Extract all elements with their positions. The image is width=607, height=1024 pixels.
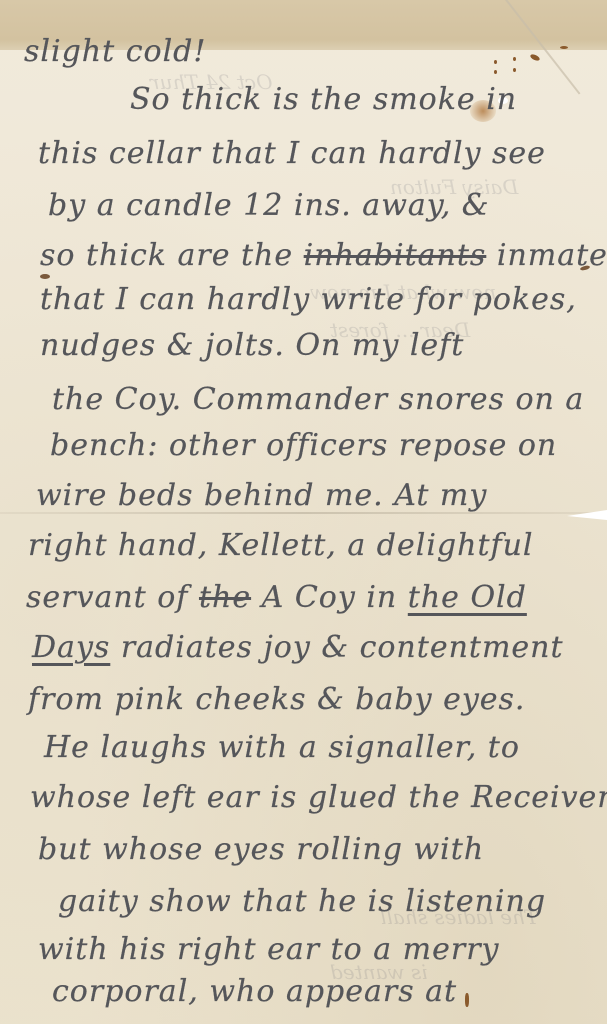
handwritten-line: He laughs with a signaller, to	[44, 730, 520, 765]
ink-speck	[494, 70, 497, 74]
letter-page: Oct 24 Thur Daisy Fulton now what I m no…	[0, 0, 607, 1024]
line-text: inmates	[486, 238, 607, 273]
handwritten-line: so thick are the inhabitants inmates	[40, 238, 607, 273]
ink-speck	[529, 53, 540, 62]
handwritten-line: servant of the A Coy in the Old	[26, 580, 527, 615]
ink-speck	[40, 274, 50, 279]
handwritten-line: this cellar that I can hardly see	[38, 136, 546, 171]
ink-speck	[513, 68, 516, 72]
handwritten-line: So thick is the smoke in	[130, 82, 517, 117]
struck-word: the	[199, 580, 251, 615]
handwritten-line: slight cold!	[24, 34, 206, 69]
underlined-phrase: the Old	[408, 580, 527, 615]
handwritten-line: wire beds behind me. At my	[36, 478, 487, 513]
handwritten-line: nudges & jolts. On my left	[40, 328, 464, 363]
handwritten-line: right hand, Kellett, a delightful	[28, 528, 534, 563]
handwritten-line: that I can hardly write for pokes,	[40, 282, 577, 317]
handwritten-line: corporal, who appears at	[52, 974, 457, 1009]
ink-speck	[560, 46, 568, 49]
handwritten-line: whose left ear is glued the Receiver;	[30, 780, 607, 815]
line-text: servant of	[26, 580, 199, 615]
line-text: so thick are the	[40, 238, 304, 273]
ink-speck	[513, 57, 516, 61]
handwritten-line: bench: other officers repose on	[50, 428, 557, 463]
handwritten-line: but whose eyes rolling with	[38, 832, 484, 867]
line-text: A Coy in	[251, 580, 408, 615]
handwritten-line: from pink cheeks & baby eyes.	[28, 682, 525, 717]
struck-word: inhabitants	[304, 238, 487, 273]
handwritten-line: the Coy. Commander snores on a	[52, 382, 584, 417]
line-text: radiates joy & contentment	[110, 630, 563, 665]
handwritten-line: by a candle 12 ins. away, &	[48, 188, 490, 223]
handwritten-line: Days radiates joy & contentment	[32, 630, 564, 665]
ink-speck	[494, 60, 497, 64]
handwritten-line: gaity show that he is listening	[58, 884, 546, 919]
underlined-phrase: Days	[32, 630, 110, 665]
ink-speck	[465, 993, 469, 1007]
handwritten-line: with his right ear to a merry	[38, 932, 500, 967]
